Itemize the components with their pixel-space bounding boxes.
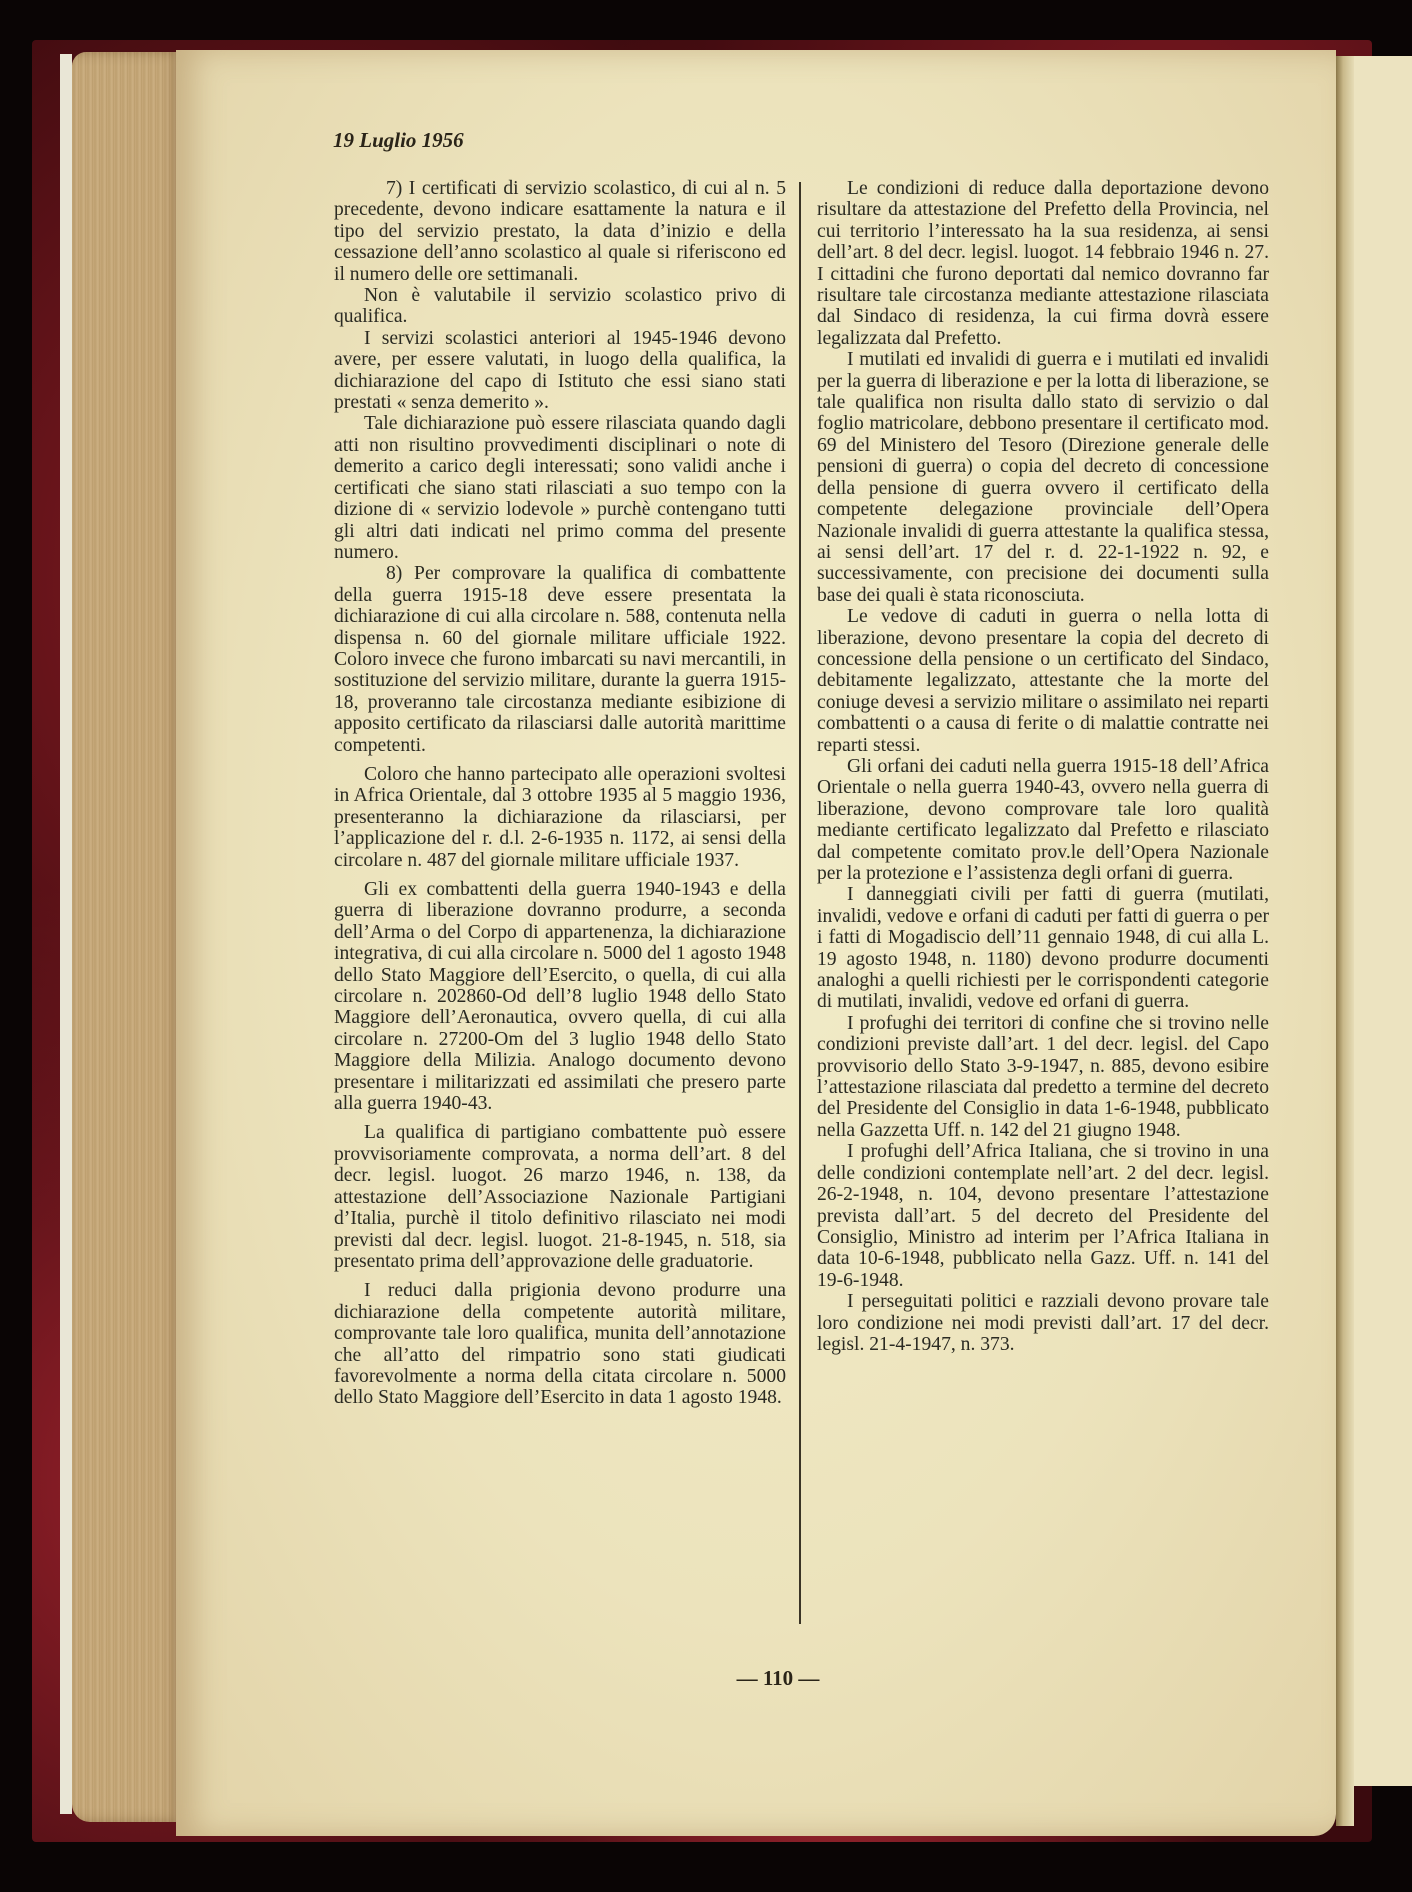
paragraph-reduci-prigionia: I reduci dalla prigionia devono produrre…	[334, 1280, 786, 1408]
page-stack-edge	[72, 52, 182, 1822]
right-text-column: Le condizioni di reduce dalla deportazio…	[817, 178, 1269, 1355]
facing-page-edge	[1354, 56, 1412, 1786]
column-divider-rule	[799, 182, 801, 1624]
paragraph-danneggiati-civili: I danneggiati civili per fatti di guerra…	[817, 884, 1269, 1012]
paragraph-vedove: Le vedove di caduti in guerra o nella lo…	[817, 606, 1269, 756]
left-text-column: 7) I certificati di servizio scolastico,…	[334, 178, 786, 1409]
paragraph-ex-combattenti: Gli ex combattenti della guerra 1940-194…	[334, 879, 786, 1114]
paragraph-perseguitati: I perseguitati politici e razziali devon…	[817, 1291, 1269, 1355]
page-number: — 110 —	[0, 1666, 1412, 1691]
running-head-date: 19 Luglio 1956	[333, 128, 464, 153]
paragraph-7-certificati-scolastici: 7) I certificati di servizio scolastico,…	[334, 178, 786, 285]
paragraph-partigiano: La qualifica di partigiano combattente p…	[334, 1122, 786, 1272]
paragraph-servizi-anteriori: I servizi scolastici anteriori al 1945-1…	[334, 328, 786, 414]
paragraph-profughi-africa: I profughi dell’Africa Italiana, che si …	[817, 1141, 1269, 1291]
paragraph-profughi-confine: I profughi dei territori di confine che …	[817, 1013, 1269, 1141]
book-gutter	[1336, 56, 1354, 1826]
paragraph-orfani: Gli orfani dei caduti nella guerra 1915-…	[817, 756, 1269, 884]
page-number-text: — 110 —	[737, 1666, 820, 1690]
paragraph-mutilati-invalidi: I mutilati ed invalidi di guerra e i mut…	[817, 349, 1269, 606]
paragraph-servizio-privo-qualifica: Non è valutabile il servizio scolastico …	[334, 285, 786, 328]
paragraph-dichiarazione-rilascio: Tale dichiarazione può essere rilasciata…	[334, 413, 786, 563]
paragraph-africa-orientale: Coloro che hanno partecipato alle operaz…	[334, 764, 786, 871]
endpaper	[60, 54, 72, 1814]
paragraph-reduce-deportazione: Le condizioni di reduce dalla deportazio…	[817, 178, 1269, 349]
paragraph-8-combattente: 8) Per comprovare la qualifica di combat…	[334, 563, 786, 756]
